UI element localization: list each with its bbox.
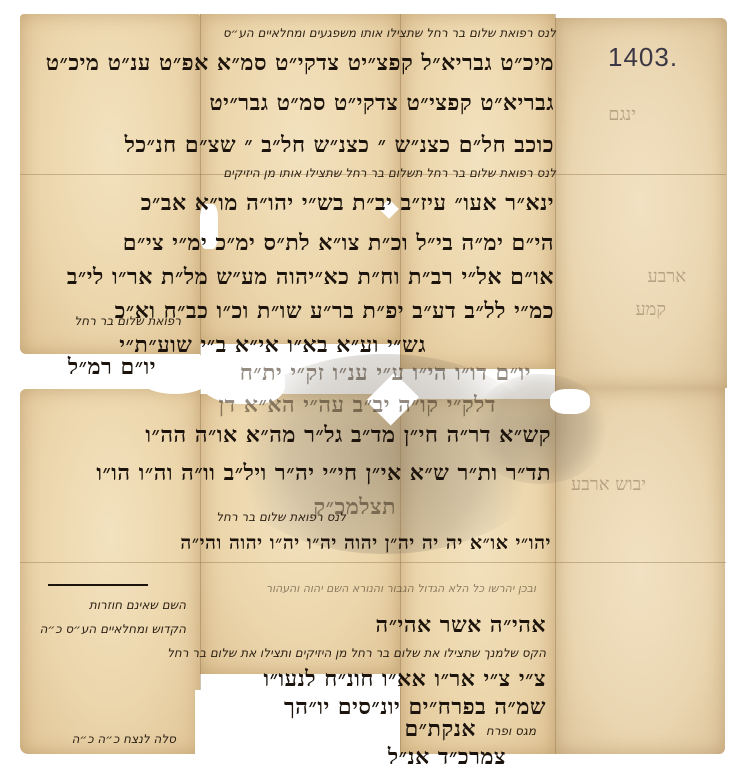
text-line: גש״י וע״א בא״ו אי״א ב״י שוע״ת״י	[119, 332, 426, 358]
text-line: דלק״י קו״ה יב״ב עה״י הא״א דן	[219, 392, 497, 418]
text-line: לנס רפואת שלום בר רחל תשלום בר רחל שתציל…	[223, 166, 556, 180]
text-line: תד״ר ות״ר ש״א אי״ן חי״י יה״ר ויל״ב וו״ה …	[96, 460, 551, 486]
margin-ghost-text: ארבע	[647, 266, 686, 287]
text-line: יו״ם רמ״ל	[68, 354, 156, 380]
text-line: צ״י צ״י אר״ו אא״ו חונ״ח לנעו״ו	[264, 666, 546, 692]
text-line: ינא״ר אעו״ עיז״ב יב״ת בש״י יהו״ה מו״א אב…	[141, 190, 554, 216]
text-line: ובכן יהרשו כל הלא הגדול הגבור והנורא השם…	[266, 582, 536, 595]
margin-ghost-text: ינגם	[608, 104, 636, 125]
text-line: או״ם אל״י רב״ת וח״ת כא״יהוה מע״ש מל״ת אר…	[67, 264, 554, 290]
text-line: גבריא״ט קפצי״ט צדקי״ט סמ״ט גבר״יט	[209, 90, 554, 116]
text-line: כוכב חל״ם כצנ״ש ״ כצנ״ש חל״ב ״ שצ״ם חנ״כ…	[125, 132, 554, 158]
text-line: אנקת״ם	[404, 716, 476, 742]
text-line: צמרכ״ד אנ״ל	[388, 744, 506, 768]
text-line: לנס רפואת שלום בר רחל	[216, 510, 346, 524]
text-line: סלה לנצח כ״ה כ״ה	[72, 732, 176, 746]
text-line: לנס רפואת שלום בר רחל שתצילו אותו משפגעי…	[223, 26, 556, 40]
text-line: הי״ם ימ״ה בי״ל וכ״ת צו״א לת״ס ימ״כ ימ״י …	[123, 230, 554, 256]
text-line: הקס שלמנך שתצילו את שלום בר רחל מן היזיק…	[167, 646, 546, 660]
text-line: יהו״י או״א יה יה יה״ן יהוה יה״ו יה״ו יהו…	[180, 532, 551, 555]
text-line: רפואת שלום בר רחל	[74, 314, 181, 328]
text-line: יו״ם דו״ו הי״ו ע״י ענ״ו זק״י ית״ח	[240, 360, 531, 386]
text-line: הקדוש ומחלאיים הע״ס כ״ה	[40, 622, 186, 636]
text-line: השם שאינם חוזרות	[89, 598, 186, 612]
catalog-number: 1403.	[608, 42, 678, 73]
text-line: אהי״ה אשר אהי״ה	[376, 612, 546, 638]
underline-stroke	[48, 584, 148, 586]
damage-hole	[550, 389, 590, 414]
text-line: קש״א דר״ה חי״ן מד״ב גל״ר מה״א או״ה הה״ו	[145, 422, 551, 448]
manuscript-sheet: 1403. לנס רפואת שלום בר רחל שתצילו אותו …	[20, 14, 726, 754]
fold-line	[555, 14, 556, 754]
margin-ghost-text: יבוש ארבע	[571, 474, 646, 495]
text-line: מיכ״ט גבריא״ל קפצ״יט צדקי״ט סמ״א אפ״ט ענ…	[46, 50, 554, 76]
text-line: מגס ופרח	[486, 724, 536, 738]
fold-line	[20, 562, 726, 563]
margin-ghost-text: קמע	[636, 299, 667, 320]
paper-panel-right-column	[555, 18, 727, 388]
